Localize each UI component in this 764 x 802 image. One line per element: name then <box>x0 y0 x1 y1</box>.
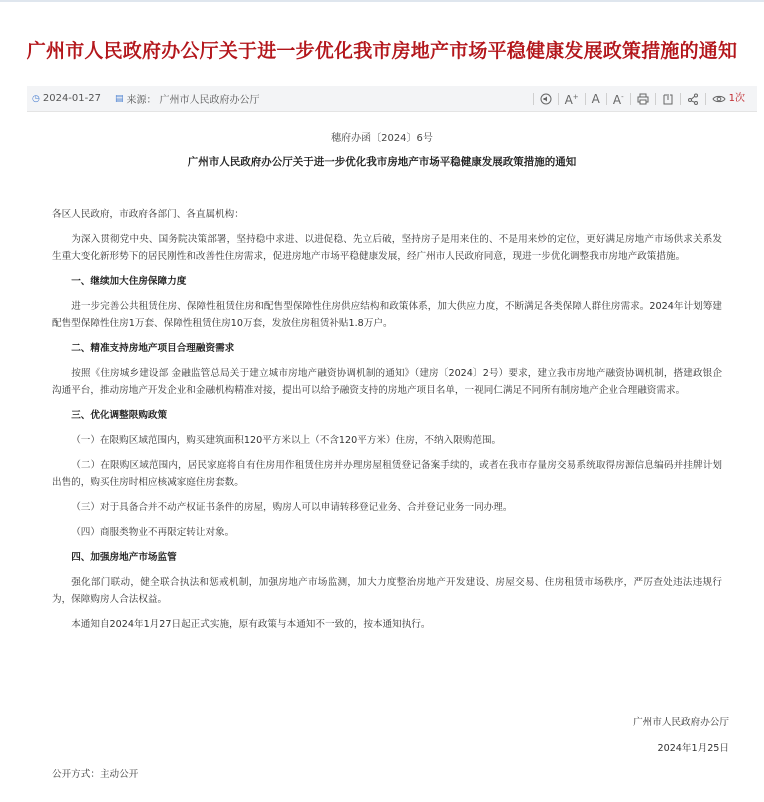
view-count-text: 1次 <box>729 93 745 105</box>
article-meta-bar: ◷ 2024-01-27 ▤ 来源： 广州市人民政府办公厅 A+ A A- <box>27 86 757 112</box>
font-reset-button[interactable]: A <box>585 93 606 105</box>
bookmark-button[interactable] <box>655 93 680 105</box>
top-border <box>0 0 764 2</box>
disclosure-method: 公开方式：主动公开 <box>52 766 138 780</box>
section-3-paragraph-1: （一）在限购区域范围内，购买建筑面积120平方米以上（不含120平方米）住房，不… <box>52 432 722 449</box>
speaker-icon <box>540 93 552 105</box>
section-heading-3: 三、优化调整限购政策 <box>52 407 722 424</box>
document-number: 穗府办函〔2024〕6号 <box>0 129 764 144</box>
eye-icon <box>712 93 726 105</box>
section-heading-2: 二、精准支持房地产项目合理融资需求 <box>52 340 722 357</box>
section-4-paragraph-1: 强化部门联动，健全联合执法和惩戒机制，加强房地产市场监测，加大力度整治房地产开发… <box>52 574 722 608</box>
view-count: 1次 <box>705 93 751 105</box>
font-decrease-button[interactable]: A- <box>606 93 630 105</box>
bookmark-icon <box>662 93 674 105</box>
signature-block: 广州市人民政府办公厅 2024年1月25日 <box>633 714 729 766</box>
share-button[interactable] <box>680 93 705 105</box>
source: ▤ 来源： 广州市人民政府办公厅 <box>115 91 260 106</box>
document-icon: ▤ <box>115 94 124 104</box>
section-3-paragraph-3: （三）对于具备合并不动产权证书条件的房屋，购房人可以申请转移登记业务、合并登记业… <box>52 499 722 516</box>
intro-paragraph: 为深入贯彻党中央、国务院决策部署，坚持稳中求进、以进促稳、先立后破，坚持房子是用… <box>52 231 722 265</box>
read-aloud-button[interactable] <box>533 93 558 105</box>
section-heading-4: 四、加强房地产市场监管 <box>52 549 722 566</box>
salutation: 各区人民政府，市政府各部门、各直属机构： <box>52 206 722 223</box>
signature-date: 2024年1月25日 <box>633 740 729 754</box>
source-label: 来源： <box>127 91 157 106</box>
font-reset-icon: A <box>592 93 600 105</box>
clock-icon: ◷ <box>32 94 40 104</box>
document-title: 广州市人民政府办公厅关于进一步优化我市房地产市场平稳健康发展政策措施的通知 <box>0 154 764 169</box>
section-3-paragraph-4: （四）商服类物业不再限定转让对象。 <box>52 524 722 541</box>
font-increase-button[interactable]: A+ <box>558 93 585 105</box>
print-icon <box>637 93 649 105</box>
section-heading-1: 一、继续加大住房保障力度 <box>52 273 722 290</box>
section-4-paragraph-2: 本通知自2024年1月27日起正式实施，原有政策与本通知不一致的，按本通知执行。 <box>52 616 722 633</box>
section-1-paragraph-1: 进一步完善公共租赁住房、保障性租赁住房和配售型保障性住房供应结构和政策体系，加大… <box>52 298 722 332</box>
publish-date: ◷ 2024-01-27 <box>32 93 101 104</box>
font-decrease-icon: A- <box>613 91 624 106</box>
section-2-paragraph-1: 按照《住房城乡建设部 金融监管总局关于建立城市房地产融资协调机制的通知》（建房〔… <box>52 365 722 399</box>
publish-date-text: 2024-01-27 <box>43 93 101 104</box>
article-body: 各区人民政府，市政府各部门、各直属机构： 为深入贯彻党中央、国务院决策部署，坚持… <box>52 206 722 641</box>
font-increase-icon: A+ <box>565 91 579 106</box>
signature-org: 广州市人民政府办公厅 <box>633 714 729 728</box>
page-title: 广州市人民政府办公厅关于进一步优化我市房地产市场平稳健康发展政策措施的通知 <box>0 38 764 64</box>
print-button[interactable] <box>630 93 655 105</box>
source-text: 广州市人民政府办公厅 <box>160 91 260 106</box>
section-3-paragraph-2: （二）在限购区域范围内，居民家庭将自有住房用作租赁住房并办理房屋租赁登记备案手续… <box>52 457 722 491</box>
share-icon <box>687 93 699 105</box>
